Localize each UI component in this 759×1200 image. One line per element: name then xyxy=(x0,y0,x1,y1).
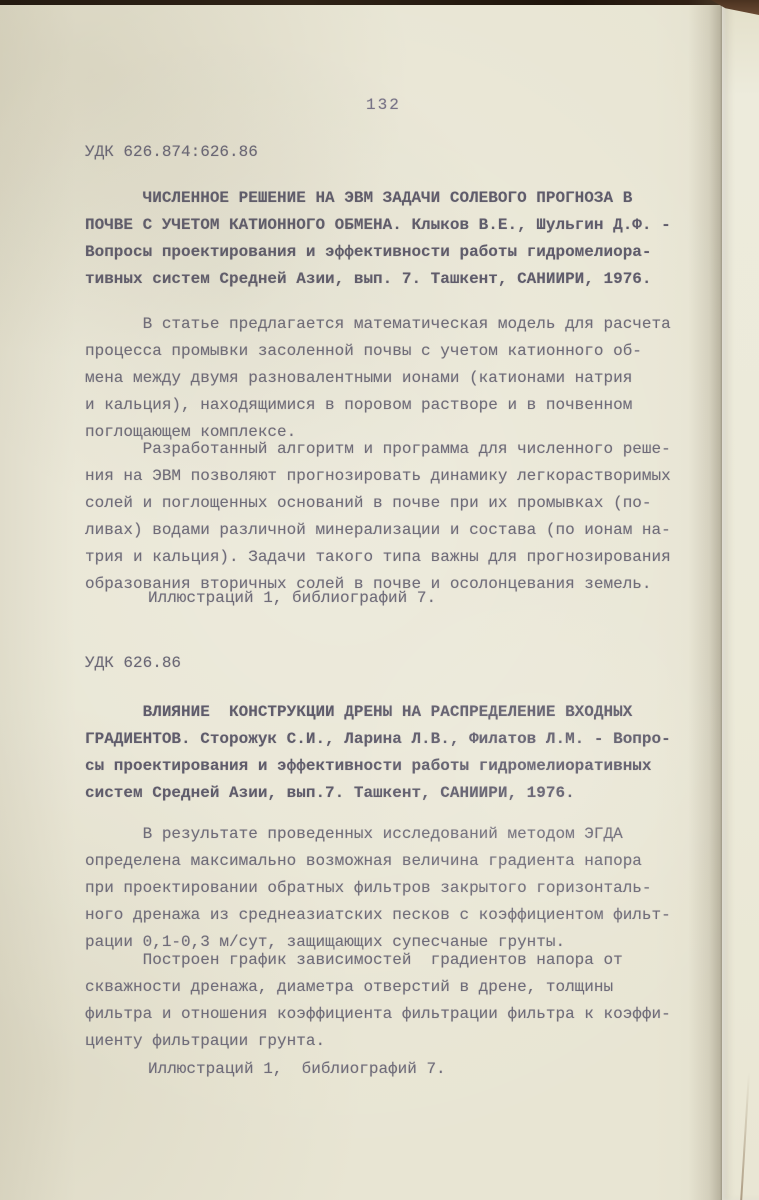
entry-2-title: ВЛИЯНИЕ КОНСТРУКЦИИ ДРЕНЫ НА РАСПРЕДЕЛЕН… xyxy=(85,699,671,807)
book-binding-edge xyxy=(0,0,759,5)
entry-2-illustrations-note: Иллюстраций 1, библиографий 7. xyxy=(148,1056,446,1083)
udc-code-2: УДК 626.86 xyxy=(85,650,181,677)
udc-code-1: УДК 626.874:626.86 xyxy=(85,139,258,166)
entry-1-illustrations-note: Иллюстраций 1, библиографий 7. xyxy=(148,585,436,612)
entry-2-paragraph-2: Построен график зависимостей градиентов … xyxy=(85,947,671,1055)
entry-1-title: ЧИСЛЕННОЕ РЕШЕНИЕ НА ЭВМ ЗАДАЧИ СОЛЕВОГО… xyxy=(85,185,671,293)
underlying-page-edge xyxy=(722,0,759,1200)
entry-2-paragraph-1: В результате проведенных исследований ме… xyxy=(85,821,671,956)
page-number: 132 xyxy=(366,92,401,119)
page-fold-shadow xyxy=(688,0,722,1200)
entry-1-paragraph-2: Разработанный алгоритм и программа для ч… xyxy=(85,436,671,598)
scanned-document-page: 132 УДК 626.874:626.86 ЧИСЛЕННОЕ РЕШЕНИЕ… xyxy=(0,0,759,1200)
entry-1-paragraph-1: В статье предлагается математическая мод… xyxy=(85,311,671,446)
